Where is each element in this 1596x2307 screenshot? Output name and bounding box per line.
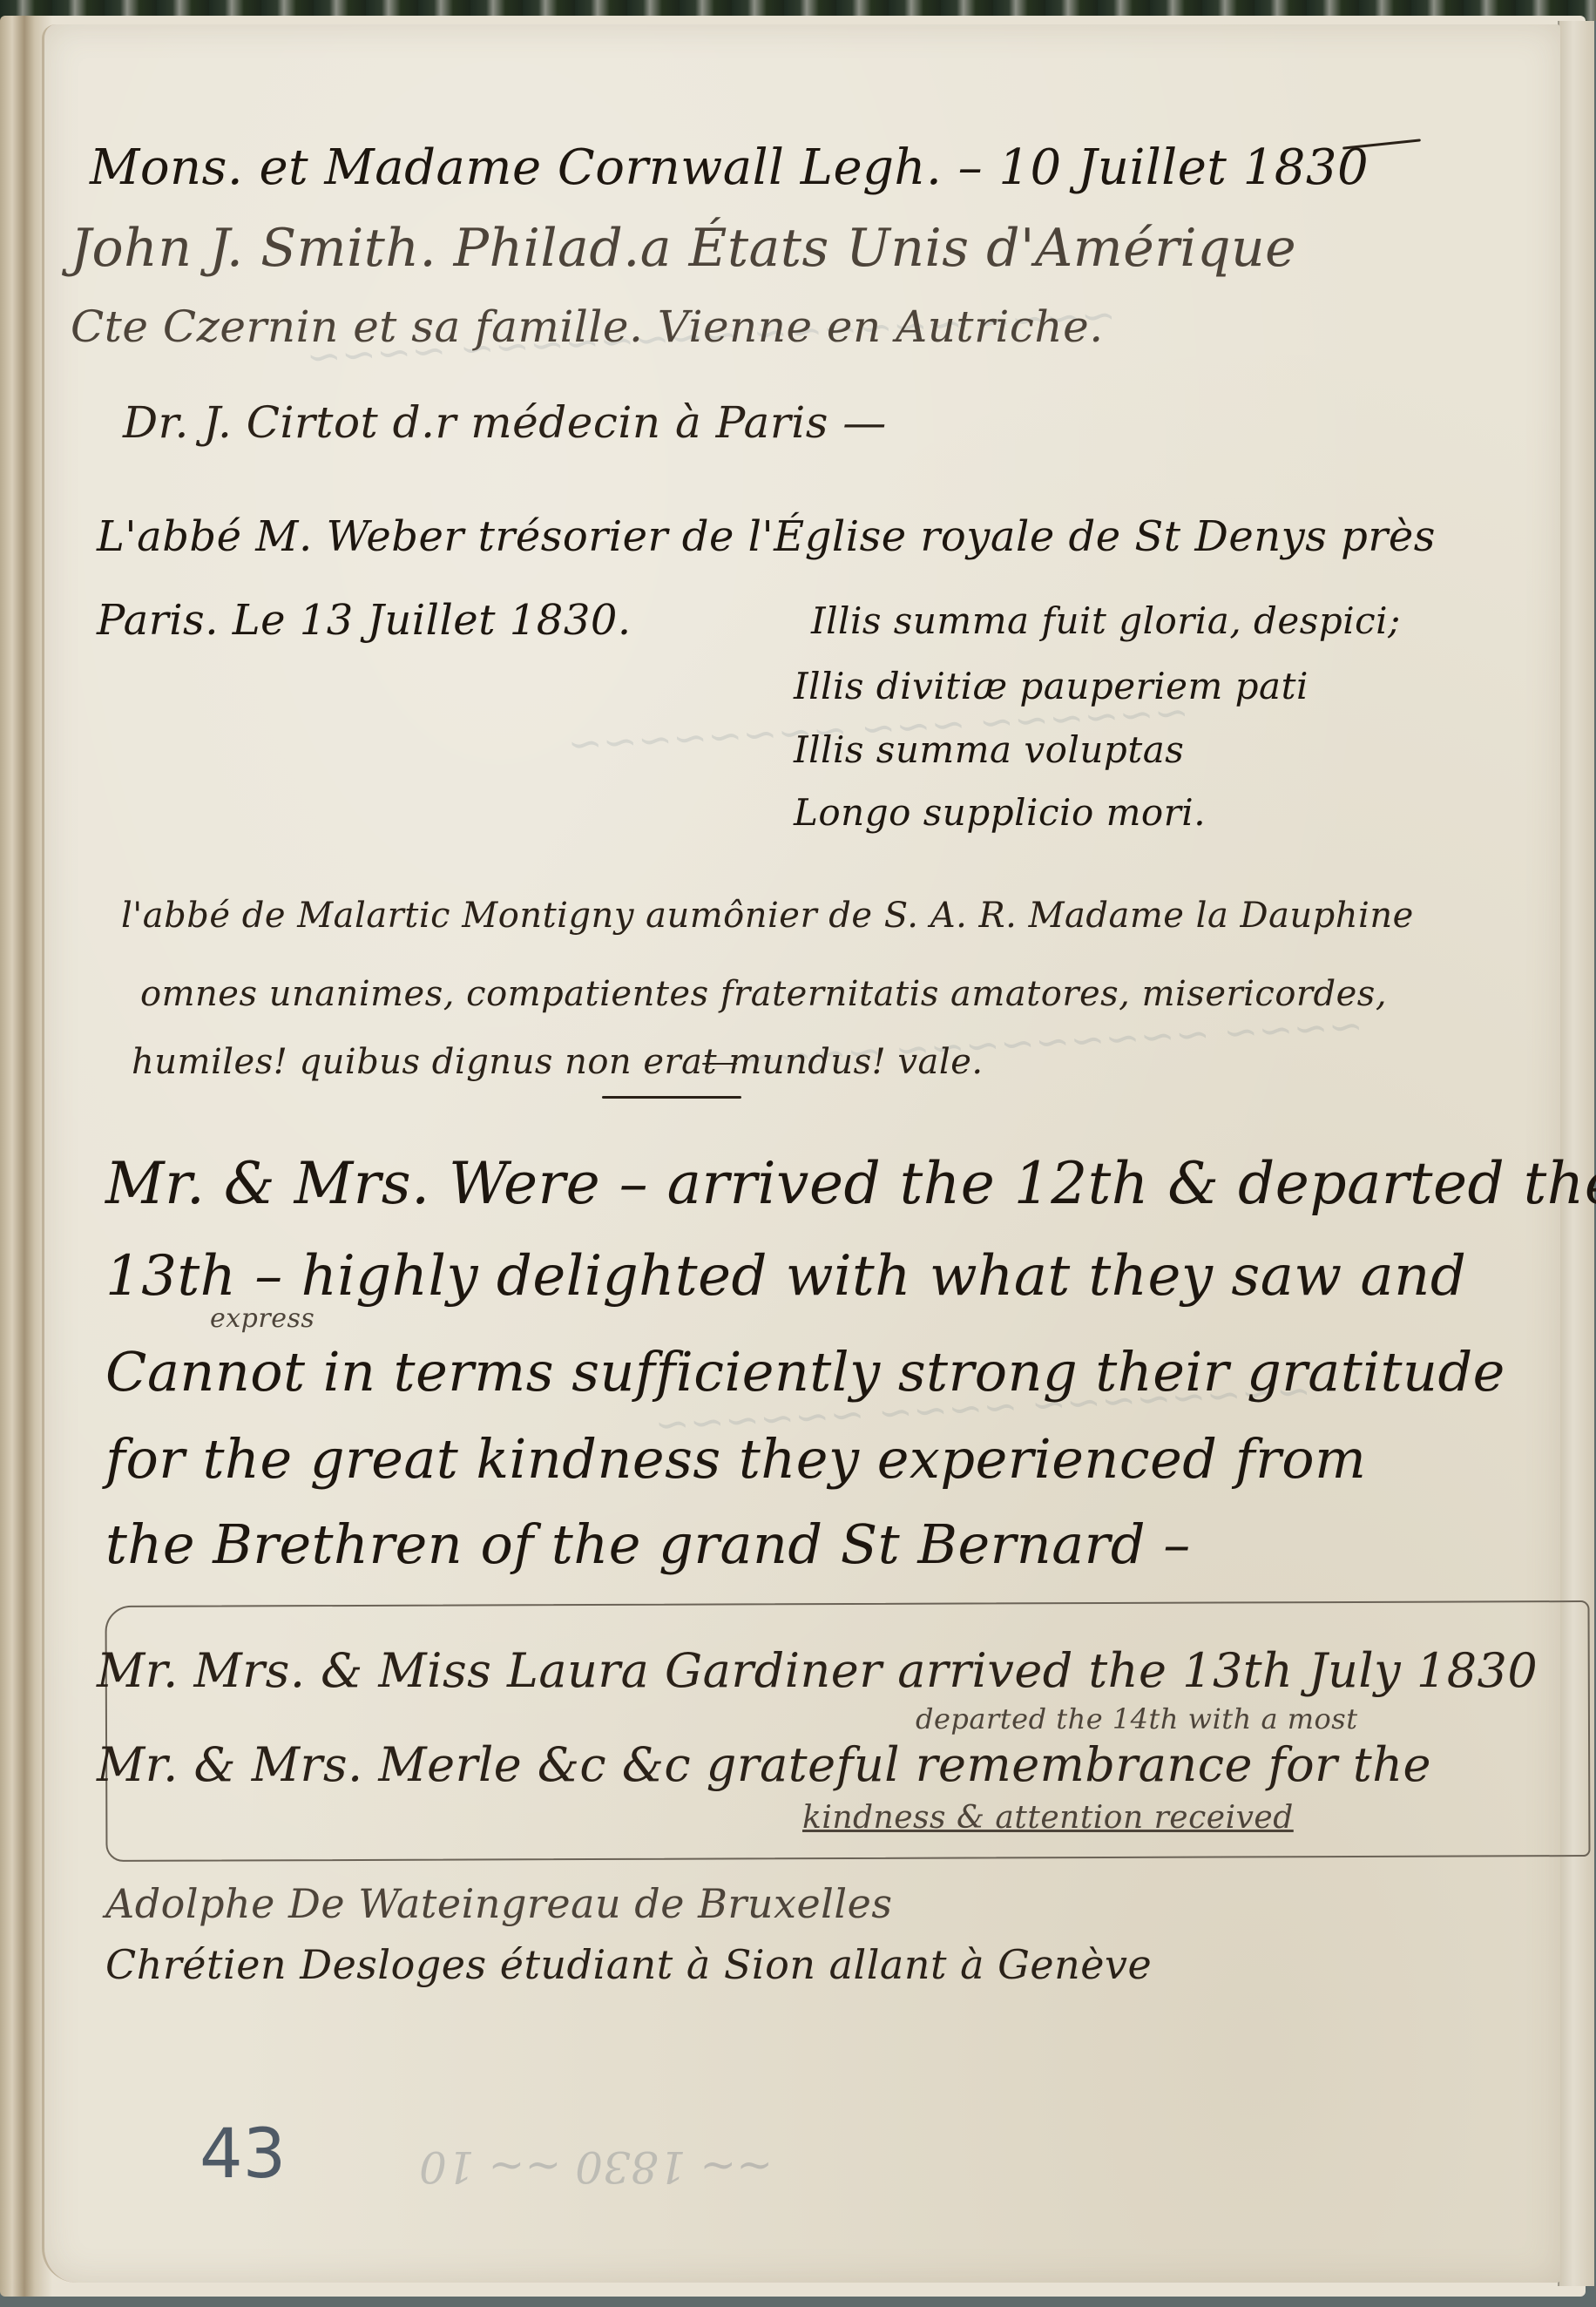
register-page: ~~~~ ~~~~~~ ~~~~~~~~ ~~~~ ~~~~~~ ~~~ ~~~… bbox=[42, 24, 1560, 2283]
entry-malartic-line-3: humiles! quibus dignus non erat mundus! … bbox=[132, 1042, 984, 1082]
entry-gardiner-continuation: kindness & attention received bbox=[802, 1800, 1294, 1836]
entry-czernin: Cte Czernin et sa famille. Vienne en Aut… bbox=[71, 301, 1104, 352]
entry-cirtot: Dr. J. Cirtot d.r médecin à Paris — bbox=[123, 397, 887, 448]
verse-line-4: Longo supplicio mori. bbox=[794, 791, 1206, 834]
entry-were-line-5: the Brethren of the grand St Bernard – bbox=[105, 1512, 1191, 1576]
verse-line-3: Illis summa voluptas bbox=[794, 728, 1184, 771]
entry-were-line-1: Mr. & Mrs. Were – arrived the 12th & dep… bbox=[105, 1150, 1596, 1217]
entry-were-line-4: for the great kindness they experienced … bbox=[105, 1427, 1366, 1491]
entry-weber-line-2: Paris. Le 13 Juillet 1830. bbox=[97, 596, 632, 645]
verse-line-2: Illis divitiæ pauperiem pati bbox=[794, 665, 1309, 707]
entry-gardiner-line-1: Mr. Mrs. & Miss Laura Gardiner arrived t… bbox=[97, 1643, 1538, 1698]
entry-were-line-2: 13th – highly delighted with what they s… bbox=[105, 1244, 1466, 1309]
entry-desloges: Chrétien Desloges étudiant à Sion allant… bbox=[105, 1941, 1152, 1988]
underline-stroke bbox=[702, 1063, 737, 1065]
insertion-express: express bbox=[210, 1303, 314, 1334]
entry-cornwall-legh: Mons. et Madame Cornwall Legh. – 10 Juil… bbox=[90, 139, 1369, 196]
entry-weber-line-1: L'abbé M. Weber trésorier de l'Église ro… bbox=[97, 512, 1436, 561]
entry-smith: John J. Smith. Philad.a États Unis d'Amé… bbox=[71, 218, 1296, 279]
entry-malartic-line-2: omnes unanimes, compatientes fraternitat… bbox=[140, 974, 1387, 1014]
faint-pencil-marks: ~~ 1830 ~~ 10 bbox=[419, 2141, 773, 2192]
entry-gardiner-line-2: Mr. & Mrs. Merle &c &c grateful remembra… bbox=[97, 1737, 1431, 1792]
entry-were-line-3: Cannot in terms sufficiently strong thei… bbox=[105, 1340, 1505, 1404]
page-number: 43 bbox=[199, 2115, 286, 2194]
underline-stroke bbox=[602, 1096, 741, 1099]
insertion-departed: departed the 14th with a most bbox=[916, 1702, 1358, 1735]
entry-malartic-line-1: l'abbé de Malartic Montigny aumônier de … bbox=[121, 896, 1414, 936]
verse-line-1: Illis summa fuit gloria, despici; bbox=[811, 599, 1401, 642]
entry-hateingreau: Adolphe De Wateingreau de Bruxelles bbox=[105, 1880, 892, 1927]
